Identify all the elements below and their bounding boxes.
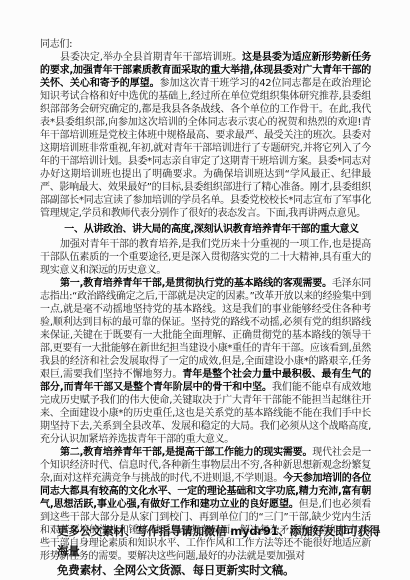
footer-promo-line: 免费素材、全网公文货源、每日更新实时文稿。 bbox=[57, 561, 387, 580]
text-segment: 县委决定,举办全县首期青年干部培训班。 bbox=[60, 52, 242, 63]
footer-promo: 更多公文素材、写作指导请加微信 mydr91、添加好友即可获得海量 免费素材、全… bbox=[57, 522, 387, 580]
paragraph-point-1: 第一,教育培养青年干部,是贯彻执行党的基本路线的客观需要。毛泽东同志指出:“政治… bbox=[40, 277, 371, 446]
paragraph-opening: 县委决定,举办全县首期青年干部培训班。这是县委为适应新形势新任务的要求,加强青年… bbox=[40, 51, 371, 220]
document-body: 同志们: 县委决定,举办全县首期青年干部培训班。这是县委为适应新形势新任务的要求… bbox=[40, 38, 371, 563]
point-2-lead-bold: 第二,教育培养青年干部,是提高干部工作能力的现实需要。 bbox=[60, 447, 312, 458]
paragraph-intro: 加强对青年干部的教育培养,是我们党历来十分重视的一项工作,也是提高干部队伍素质的… bbox=[40, 238, 371, 277]
section-heading-1: 一、从讲政治、讲大局的高度,深刻认识教育培养青年干部的重大意义 bbox=[40, 223, 371, 236]
text-segment: 毛泽东同志指出:“政治路线确定之后,干部就是决定的因素。”改革开放以来的经验集中… bbox=[40, 278, 371, 380]
footer-promo-line: 更多公文素材、写作指导请加微信 mydr91、添加好友即可获得海量 bbox=[57, 522, 387, 561]
salutation: 同志们: bbox=[40, 38, 371, 51]
text-segment: 参加这次青干班学习的42位同志都是在政治理论知识考试合格和好中选优的基础上,经过… bbox=[40, 78, 371, 219]
document-page: 同志们: 县委决定,举办全县首期青年干部培训班。这是县委为适应新形势新任务的要求… bbox=[0, 0, 410, 580]
point-1-lead-bold: 第一,教育培养青年干部,是贯彻执行党的基本路线的客观需要。 bbox=[60, 278, 332, 289]
